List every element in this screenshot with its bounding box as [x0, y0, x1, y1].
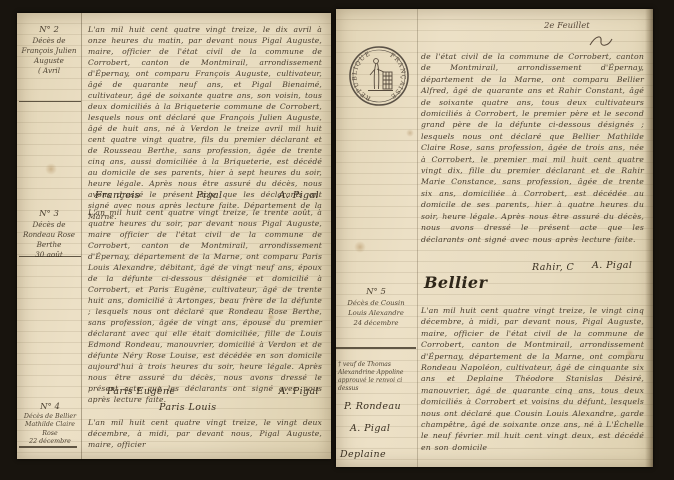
svg-text:RÉPUBLIQUE: RÉPUBLIQUE	[351, 50, 372, 101]
foxing-stain	[354, 241, 366, 253]
margin-line: † veuf de Thomas	[338, 361, 391, 368]
margin-line: Auguste	[34, 56, 64, 65]
stamp-figure	[368, 59, 393, 91]
margin-line: Décès de Cousin	[347, 299, 404, 307]
margin-line: Décès de	[32, 36, 65, 45]
margin-divider-line	[81, 13, 82, 459]
act-number: N° 4	[18, 403, 82, 412]
signature: A. Pigal	[279, 190, 319, 201]
act3-body-text: L'an mil huit cent quatre vingt treize, …	[88, 207, 322, 405]
margin-line: François Julien	[22, 46, 77, 55]
margin-line: Rondeau Rose	[23, 230, 75, 239]
signature: François	[95, 190, 140, 201]
signature-bellier: Bellier	[424, 273, 487, 292]
act2-signature-row: François Pigal A. Pigal	[95, 190, 319, 201]
margin-line: 30 août	[35, 250, 63, 259]
register-right-page: 2e Feuillet RÉPUBLIQUE FRANÇAISE de l'ét…	[336, 9, 653, 467]
signature: Paris Louis	[159, 402, 217, 413]
margin-line: Berthe	[37, 240, 62, 249]
foxing-stain	[45, 163, 57, 175]
signature: Rahir, C	[532, 262, 574, 273]
margin-line: Décès de Bellier	[24, 413, 76, 420]
stamp-text-left: RÉPUBLIQUE	[351, 50, 372, 101]
margin-note-act4: N° 4 Décès de Bellier Mathilde Claire Ro…	[18, 403, 82, 447]
margin-line: Décès de	[32, 220, 65, 229]
margin-note-act3: N° 3 Décès de Rondeau Rose Berthe 30 aoû…	[19, 209, 79, 260]
signature: Paris Eugène	[107, 386, 175, 397]
signature: A. Pigal	[279, 386, 319, 397]
act-number: N° 2	[19, 25, 79, 35]
act-number: N° 5	[338, 287, 414, 297]
margin-line: ( Avril	[38, 66, 60, 75]
register-left-page: N° 2 Décès de François Julien Auguste ( …	[17, 13, 331, 459]
margin-note-act2: N° 2 Décès de François Julien Auguste ( …	[19, 25, 79, 76]
signature: A. Pigal	[350, 423, 390, 434]
republique-francaise-stamp: RÉPUBLIQUE FRANÇAISE	[348, 45, 410, 107]
act3-signature-row-1: Paris Eugène A. Pigal	[107, 386, 319, 397]
margin-divider-line	[417, 9, 418, 467]
margin-line: Louis Alexandre	[348, 309, 404, 317]
sheet-number-note: 2e Feuillet	[544, 21, 590, 31]
marginal-mention-note: † veuf de Thomas Alexandrine Appoline ap…	[338, 361, 414, 393]
signature: A. Pigal	[592, 260, 632, 271]
foxing-stain	[406, 129, 414, 137]
margin-separator-rule	[19, 256, 81, 257]
margin-line: approuvé le renvoi ci	[338, 377, 402, 384]
margin-note-act5: N° 5 Décès de Cousin Louis Alexandre 24 …	[338, 287, 414, 328]
act4-body-start-text: L'an mil huit cent quatre vingt treize, …	[88, 417, 322, 450]
margin-line: Mathilde Claire Rose	[25, 421, 75, 437]
margin-separator-rule	[336, 347, 416, 349]
scanned-register-photo: { "document": { "type": "registre d'état…	[0, 0, 674, 480]
margin-line: 22 décembre	[29, 438, 71, 445]
signature: Deplaine	[340, 449, 386, 460]
margin-line: dessus	[338, 385, 359, 392]
act4-body-continuation-text: de l'état civil de la commune de Corrobe…	[421, 51, 644, 245]
signature: P. Rondeau	[344, 401, 401, 412]
signature: Pigal	[196, 190, 222, 201]
margin-separator-rule	[19, 101, 81, 102]
paraph-flourish	[588, 33, 614, 49]
page-stack-edge	[645, 9, 653, 467]
act-number: N° 3	[19, 209, 79, 219]
act5-body-text: L'an mil huit cent quatre vingt treize, …	[421, 305, 644, 453]
margin-line: Alexandrine Appoline	[338, 369, 403, 376]
margin-separator-rule	[19, 446, 77, 448]
margin-line: 24 décembre	[353, 319, 398, 327]
